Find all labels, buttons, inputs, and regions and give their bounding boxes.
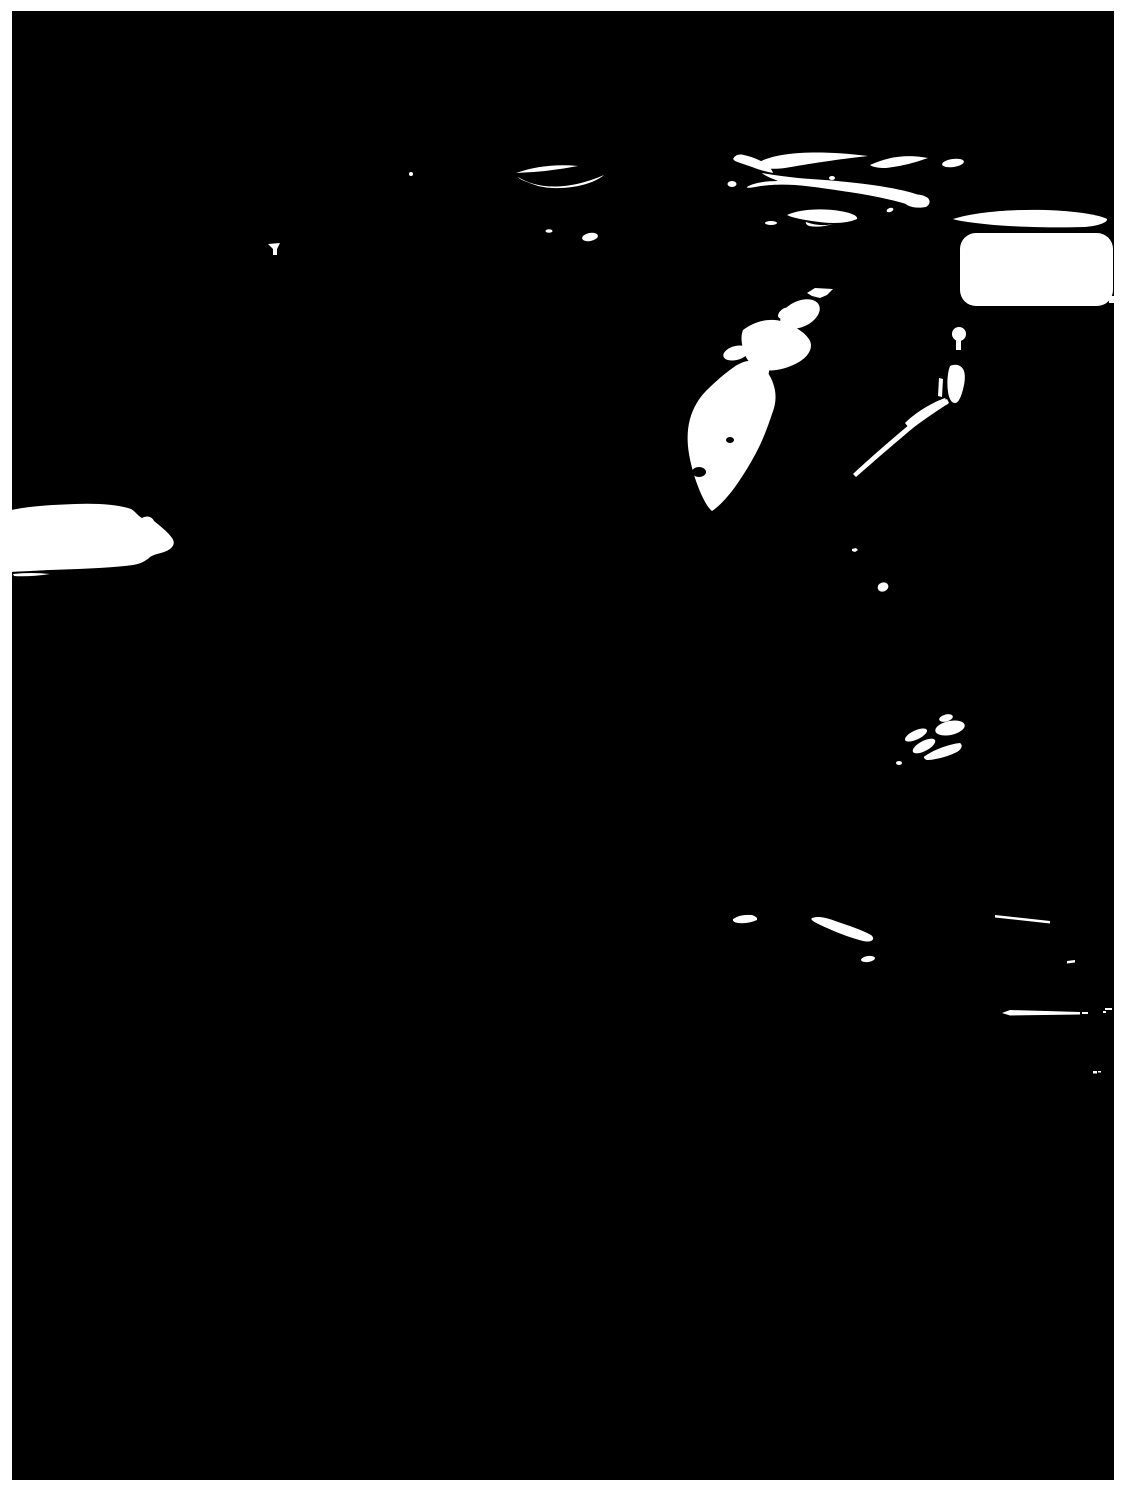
paw-speck (896, 761, 902, 765)
figure-notch-b (692, 467, 706, 477)
balloon-head (952, 327, 966, 341)
horizon-dash-b (1103, 1011, 1106, 1013)
speck-h (1093, 1071, 1097, 1074)
figure-notch-a (726, 437, 734, 443)
speck-a (728, 181, 737, 187)
horizon-dash-a (1082, 1012, 1088, 1014)
speck-c (765, 221, 777, 225)
screenshot-root (0, 0, 1127, 1495)
balloon-stem (956, 340, 961, 350)
speck-i (1098, 1071, 1101, 1073)
horizon-dash-c (1105, 1008, 1112, 1010)
binarized-photo (0, 0, 1127, 1495)
speck-dash (546, 229, 553, 233)
speck-dot (409, 172, 413, 176)
rect-edge-tick (1109, 296, 1115, 303)
speck-b (829, 176, 835, 180)
bright-rounded-rect (960, 233, 1113, 306)
